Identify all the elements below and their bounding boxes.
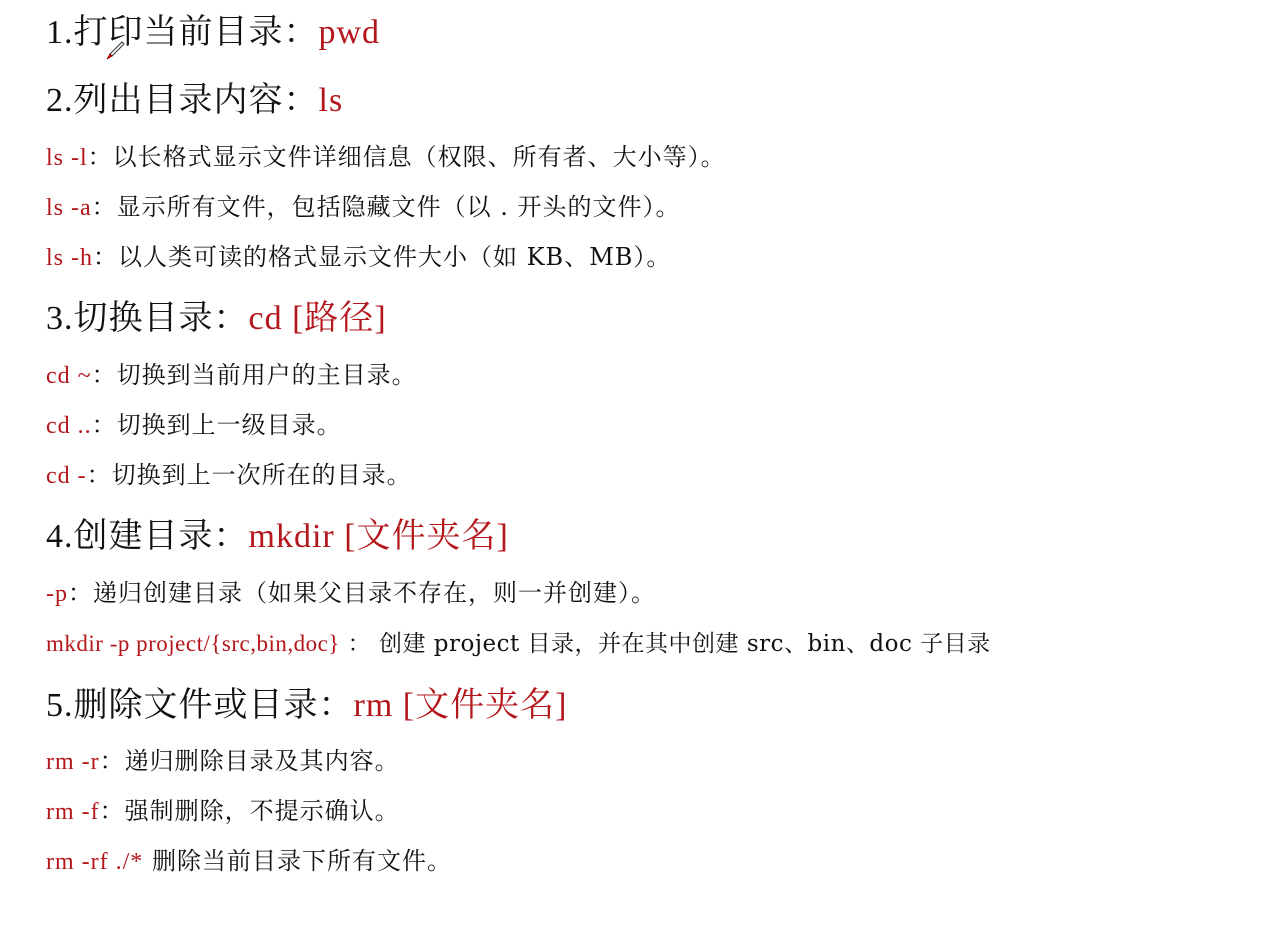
section-command: pwd — [319, 14, 381, 51]
option-command: cd ~ — [46, 363, 92, 389]
separator: ： — [88, 143, 113, 171]
pen-cursor-icon — [104, 40, 126, 62]
option-description: 显示所有文件，包括隐藏文件（以 . 开头的文件）。 — [117, 193, 681, 221]
section-5-heading: 5.删除文件或目录：rm [文件夹名] — [46, 685, 567, 726]
section-3-heading: 3.切换目录：cd [路径] — [46, 298, 387, 339]
list-item: cd ..：切换到上一级目录。 — [46, 410, 342, 441]
option-command: cd .. — [46, 413, 92, 439]
section-command: ls — [319, 82, 344, 119]
section-title: 创建目录： — [74, 516, 249, 556]
option-description: 删除当前目录下所有文件。 — [152, 847, 452, 875]
option-command: rm -f — [46, 799, 100, 825]
option-command: ls -l — [46, 145, 88, 171]
separator: ： — [92, 361, 117, 389]
option-command: mkdir -p project/{src,bin,doc} — [46, 631, 340, 656]
separator: ： — [340, 631, 379, 657]
section-number: 2. — [46, 82, 74, 119]
option-description: 以长格式显示文件详细信息（权限、所有者、大小等）。 — [113, 143, 726, 171]
separator: ： — [100, 797, 125, 825]
separator: ： — [100, 747, 125, 775]
option-command: ls -h — [46, 245, 93, 271]
separator: ： — [68, 579, 93, 607]
list-item: ls -a：显示所有文件，包括隐藏文件（以 . 开头的文件）。 — [46, 192, 681, 223]
option-description: 以人类可读的格式显示文件大小（如 KB、MB）。 — [118, 243, 671, 271]
option-command: -p — [46, 581, 68, 607]
list-item: cd ~：切换到当前用户的主目录。 — [46, 360, 417, 391]
option-description: 递归删除目录及其内容。 — [125, 747, 400, 775]
list-item: -p：递归创建目录（如果父目录不存在，则一并创建）。 — [46, 578, 656, 609]
section-title: 切换目录： — [74, 298, 249, 338]
section-2-heading: 2.列出目录内容：ls — [46, 80, 343, 121]
section-command: mkdir [文件夹名] — [249, 518, 509, 555]
section-number: 4. — [46, 518, 74, 555]
option-command: rm -rf ./* — [46, 849, 143, 875]
section-number: 1. — [46, 14, 74, 51]
section-number: 5. — [46, 687, 74, 724]
list-item: cd -：切换到上一次所在的目录。 — [46, 460, 412, 491]
separator: ： — [92, 193, 117, 221]
separator — [143, 847, 152, 875]
option-description: 切换到上一次所在的目录。 — [112, 461, 412, 489]
option-description: 递归创建目录（如果父目录不存在，则一并创建）。 — [93, 579, 656, 607]
separator: ： — [87, 461, 112, 489]
option-description: 切换到上一级目录。 — [117, 411, 342, 439]
list-item: rm -f：强制删除，不提示确认。 — [46, 796, 400, 827]
section-1-heading: 1.打印当前目录：pwd — [46, 12, 380, 53]
option-command: cd - — [46, 463, 87, 489]
option-command: ls -a — [46, 195, 92, 221]
list-item: ls -h：以人类可读的格式显示文件大小（如 KB、MB）。 — [46, 242, 671, 273]
list-item: ls -l：以长格式显示文件详细信息（权限、所有者、大小等）。 — [46, 142, 726, 173]
list-item: rm -rf ./* 删除当前目录下所有文件。 — [46, 846, 452, 877]
list-item: rm -r：递归删除目录及其内容。 — [46, 746, 400, 777]
option-description: 创建 project 目录，并在其中创建 src、bin、doc 子目录 — [379, 631, 991, 657]
option-description: 切换到当前用户的主目录。 — [117, 361, 417, 389]
list-item: mkdir -p project/{src,bin,doc} ： 创建 proj… — [46, 629, 991, 659]
section-command: rm [文件夹名] — [354, 687, 568, 724]
section-title: 删除文件或目录： — [74, 685, 354, 725]
separator: ： — [92, 411, 117, 439]
option-description: 强制删除，不提示确认。 — [125, 797, 400, 825]
separator: ： — [93, 243, 118, 271]
section-command: cd [路径] — [249, 300, 387, 337]
section-number: 3. — [46, 300, 74, 337]
section-title: 列出目录内容： — [74, 80, 319, 120]
option-command: rm -r — [46, 749, 100, 775]
section-4-heading: 4.创建目录：mkdir [文件夹名] — [46, 516, 509, 557]
